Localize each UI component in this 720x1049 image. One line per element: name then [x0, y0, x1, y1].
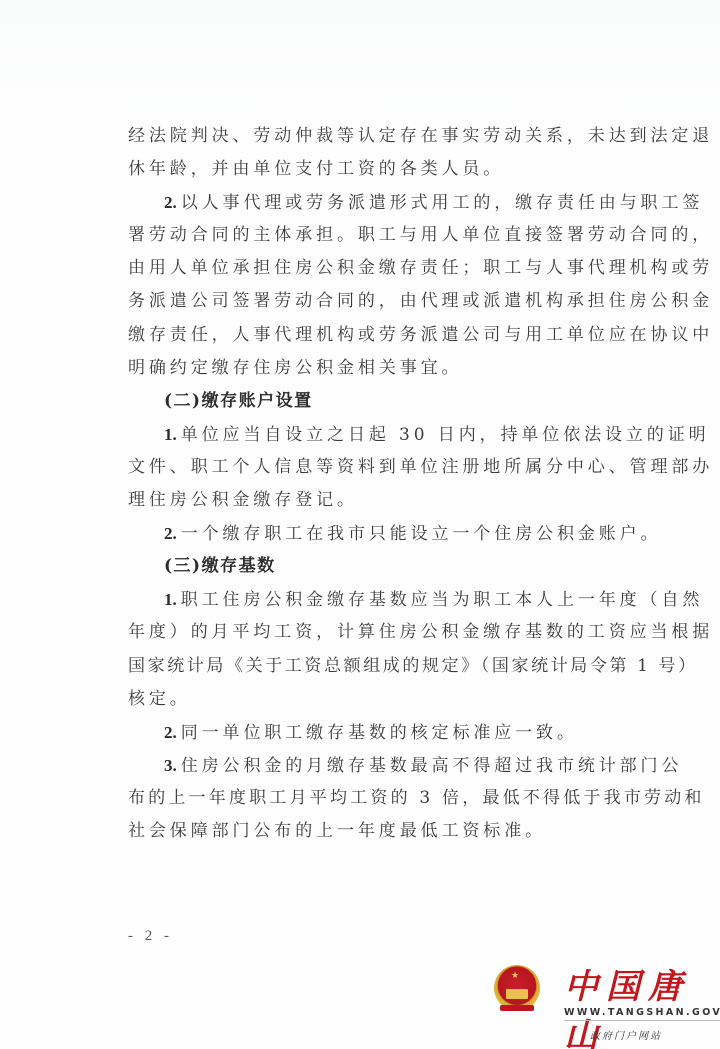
item-text: 以人事代理或劳务派遣形式用工的，缴存责任由与职工签	[181, 193, 704, 213]
watermark-url: WWW.TANGSHAN.GOV.CN	[564, 1007, 720, 1021]
body-line: 由用人单位承担住房公积金缴存责任；职工与人事代理机构或劳	[128, 252, 594, 285]
body-line: 明确约定缴存住房公积金相关事宜。	[128, 352, 594, 385]
body-line: 国家统计局《关于工资总额组成的规定》（国家统计局令第 1 号）	[128, 650, 594, 683]
body-line: 年度）的月平均工资，计算住房公积金缴存基数的工资应当根据	[128, 616, 594, 649]
body-line: 社会保障部门公布的上一年度最低工资标准。	[128, 815, 594, 848]
body-line: 务派遣公司签署劳动合同的，由代理或派遣机构承担住房公积金	[128, 285, 594, 318]
item-text: 单位应当自设立之日起 30 日内，持单位依法设立的证明	[181, 425, 710, 445]
item-number: 1.	[164, 590, 177, 609]
item-number: 2.	[164, 723, 177, 742]
body-line: 缴存责任，人事代理机构或劳务派遣公司与用工单位应在协议中	[128, 319, 594, 352]
list-item-line: 2.一个缴存职工在我市只能设立一个住房公积金账户。	[128, 517, 594, 550]
body-line: 经法院判决、劳动仲裁等认定存在事实劳动关系，未达到法定退	[128, 120, 594, 153]
body-line: 理住房公积金缴存登记。	[128, 484, 594, 517]
list-item-line: 2.同一单位职工缴存基数的核定标准应一致。	[128, 716, 594, 749]
section-heading-contribution-base: (三)缴存基数	[128, 550, 594, 583]
body-line: 署劳动合同的主体承担。职工与用人单位直接签署劳动合同的，	[128, 219, 594, 252]
document-body: 经法院判决、劳动仲裁等认定存在事实劳动关系，未达到法定退 休年龄，并由单位支付工…	[128, 120, 594, 848]
item-text: 职工住房公积金缴存基数应当为职工本人上一年度（自然	[181, 590, 704, 610]
body-line: 休年龄，并由单位支付工资的各类人员。	[128, 153, 594, 186]
site-watermark: ★ 中国唐山 WWW.TANGSHAN.GOV.CN 政府门户网站	[486, 957, 716, 1047]
item-number: 1.	[164, 425, 177, 444]
list-item-line: 1.职工住房公积金缴存基数应当为职工本人上一年度（自然	[128, 583, 594, 616]
national-emblem-icon: ★	[494, 965, 540, 1011]
list-item-line: 1.单位应当自设立之日起 30 日内，持单位依法设立的证明	[128, 418, 594, 451]
item-text: 住房公积金的月缴存基数最高不得超过我市统计部门公	[181, 756, 683, 776]
watermark-subtitle: 政府门户网站	[590, 1027, 662, 1042]
item-text: 同一单位职工缴存基数的核定标准应一致。	[181, 723, 578, 743]
page-number: - 2 -	[128, 928, 173, 945]
item-number: 2.	[164, 193, 177, 212]
list-item-line: 2.以人事代理或劳务派遣形式用工的，缴存责任由与职工签	[128, 186, 594, 219]
item-number: 2.	[164, 524, 177, 543]
document-page: 经法院判决、劳动仲裁等认定存在事实劳动关系，未达到法定退 休年龄，并由单位支付工…	[0, 0, 720, 1049]
item-number: 3.	[164, 756, 177, 775]
list-item-line: 3.住房公积金的月缴存基数最高不得超过我市统计部门公	[128, 749, 594, 782]
section-heading-account-setup: (二)缴存账户设置	[128, 385, 594, 418]
body-line: 核定。	[128, 683, 594, 716]
item-text: 一个缴存职工在我市只能设立一个住房公积金账户。	[181, 524, 662, 544]
body-line: 文件、职工个人信息等资料到单位注册地所属分中心、管理部办	[128, 451, 594, 484]
body-line: 布的上一年度职工月平均工资的 3 倍，最低不得低于我市劳动和	[128, 782, 594, 815]
